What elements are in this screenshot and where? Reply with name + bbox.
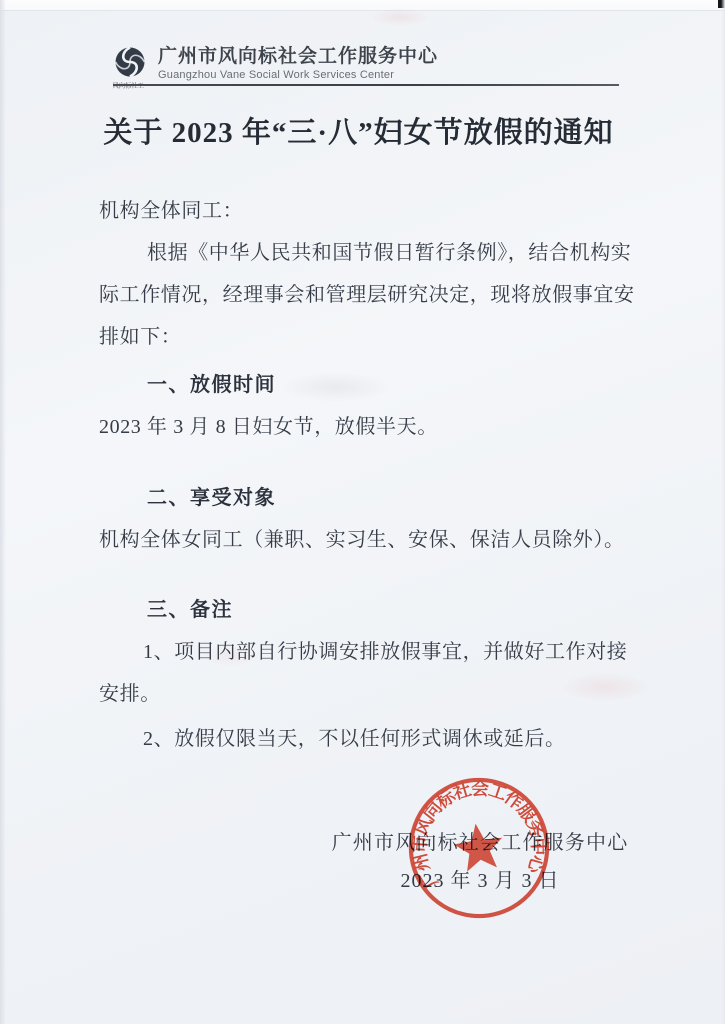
salutation: 机构全体同工： — [99, 190, 631, 232]
section-2-line: 机构全体女同工（兼职、实习生、安保、保洁人员除外）。 — [99, 519, 631, 561]
scan-right-shadow — [721, 0, 725, 1024]
scan-left-shadow — [0, 0, 6, 1024]
intro-line: 根据《中华人民共和国节假日暂行条例》，结合机构实 — [99, 232, 679, 274]
intro-line: 排如下： — [99, 316, 631, 358]
scan-top-band — [0, 0, 725, 11]
section-3-line: 安排。 — [99, 673, 631, 715]
scanned-notice-page: 风向标社工 广州市风向标社会工作服务中心 Guangzhou Vane Soci… — [0, 0, 725, 1024]
org-names: 广州市风向标社会工作服务中心 Guangzhou Vane Social Wor… — [158, 46, 438, 83]
official-seal: 广州市风向标社会工作服务中心 — [395, 764, 562, 931]
notice-title: 关于 2023 年“三·八”妇女节放假的通知 — [0, 110, 717, 151]
section-2-heading: 二、享受对象 — [99, 477, 679, 519]
section-3-line: 1、项目内部自行协调安排放假事宜，并做好工作对接 — [99, 631, 675, 673]
section-1-line: 2023 年 3 月 8 日妇女节，放假半天。 — [99, 406, 631, 448]
org-name-cn: 广州市风向标社会工作服务中心 — [158, 46, 438, 68]
letterhead-rule — [113, 84, 619, 86]
seal-star-icon — [451, 820, 506, 873]
section-3-line: 2、放假仅限当天，不以任何形式调休或延后。 — [99, 718, 675, 760]
org-name-en: Guangzhou Vane Social Work Services Cent… — [158, 68, 438, 83]
intro-line: 际工作情况，经理事会和管理层研究决定，现将放假事宜安 — [99, 274, 631, 316]
section-3-heading: 三、备注 — [99, 589, 679, 631]
vane-logo-icon — [114, 46, 146, 78]
section-1-heading: 一、放假时间 — [99, 364, 679, 406]
